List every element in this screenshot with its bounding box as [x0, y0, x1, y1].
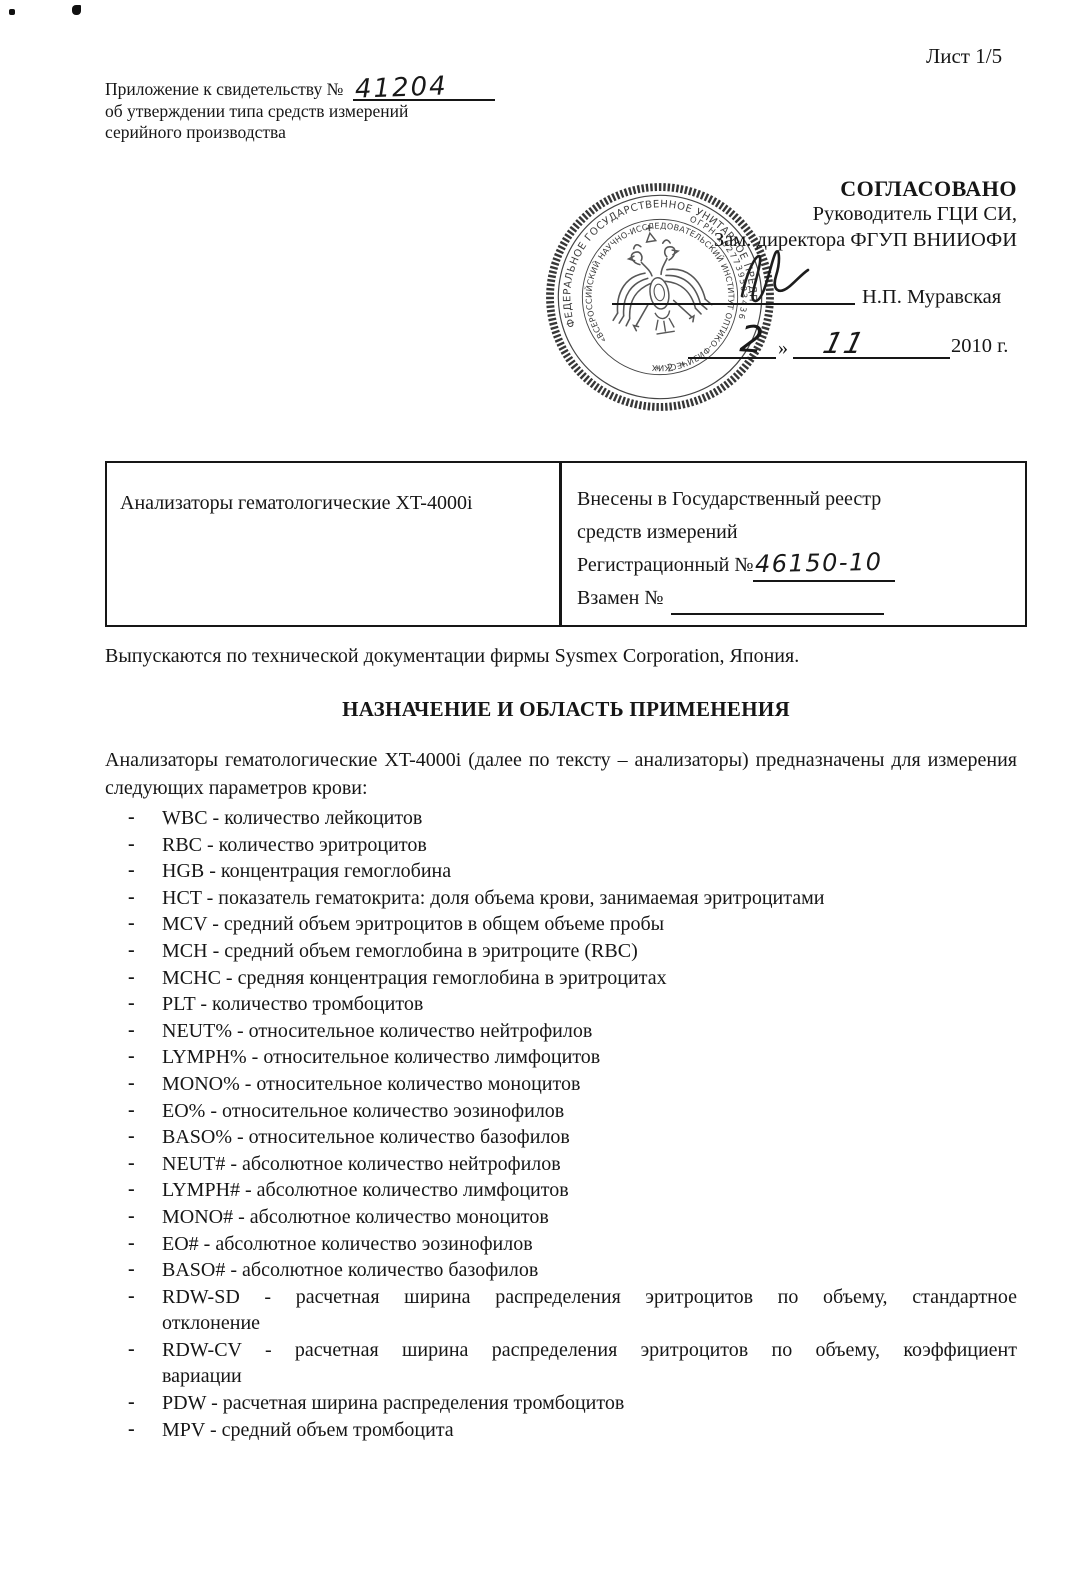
registry-info-cell: Внесены в Государственный реестр средств…	[577, 483, 1015, 615]
parameter-item: -RDW-SD - расчетная ширина распределения…	[105, 1284, 1017, 1337]
parameter-text: MCH - средний объем гемоглобина в эритро…	[162, 940, 638, 962]
appendix-line-1: Приложение к свидетельству № 41204	[105, 79, 535, 101]
list-dash-marker: -	[128, 964, 135, 991]
section-intro-paragraph: Анализаторы гематологические XT-4000i (д…	[105, 747, 1017, 802]
sheet-number: Лист 1/5	[926, 44, 1002, 69]
list-dash-marker: -	[128, 1123, 135, 1150]
signature-line	[612, 303, 855, 305]
list-dash-marker: -	[128, 1336, 135, 1363]
parameter-item: -MCV - средний объем эритроцитов в общем…	[105, 911, 1017, 938]
parameter-text: MONO% - относительное количество моноцит…	[162, 1073, 580, 1095]
signer-name: Н.П. Муравская	[862, 286, 1001, 309]
list-dash-marker: -	[128, 1283, 135, 1310]
date-day-handwritten: 2	[739, 317, 765, 362]
registry-line-1: Внесены в Государственный реестр	[577, 483, 1015, 516]
parameter-text: LYMPH% - относительное количество лимфоц…	[162, 1046, 600, 1068]
handwritten-signature-icon	[736, 244, 814, 306]
parameter-item: -MPV - средний объем тромбоцита	[105, 1417, 1017, 1444]
approval-title: СОГЛАСОВАНО	[560, 176, 1017, 202]
date-year: 2010 г.	[951, 335, 1008, 358]
parameter-item: -EO% - относительное количество эозинофи…	[105, 1098, 1017, 1125]
parameter-item: -MCH - средний объем гемоглобина в эритр…	[105, 938, 1017, 965]
scan-dot-artifact	[72, 5, 81, 15]
list-dash-marker: -	[128, 1070, 135, 1097]
list-dash-marker: -	[128, 1416, 135, 1443]
registration-number-field: 46150-10	[753, 555, 895, 582]
scan-dot-artifact	[9, 9, 15, 15]
parameter-text: HGB - концентрация гемоглобина	[162, 860, 451, 882]
parameter-item: -MONO# - абсолютное количество моноцитов	[105, 1204, 1017, 1231]
list-dash-marker: -	[128, 1256, 135, 1283]
approval-block: СОГЛАСОВАНО Руководитель ГЦИ СИ, Зам. ди…	[560, 176, 1017, 253]
list-dash-marker: -	[128, 910, 135, 937]
parameter-item: -MONO% - относительное количество моноци…	[105, 1071, 1017, 1098]
parameter-text: BASO# - абсолютное количество базофилов	[162, 1259, 538, 1281]
parameter-text: EO% - относительное количество эозинофил…	[162, 1100, 564, 1122]
parameter-item: -RBC - количество эритроцитов	[105, 832, 1017, 859]
parameter-text: RDW-SD - расчетная ширина распределения …	[162, 1286, 1017, 1335]
production-note: Выпускаются по технической документации …	[105, 645, 1027, 668]
parameter-text: HCT - показатель гематокрита: доля объем…	[162, 887, 824, 909]
parameter-item: -HCT - показатель гематокрита: доля объе…	[105, 885, 1017, 912]
parameter-item: -EO# - абсолютное количество эозинофилов	[105, 1231, 1017, 1258]
list-dash-marker: -	[128, 1097, 135, 1124]
appendix-line-3: серийного производства	[105, 122, 535, 144]
table-column-divider	[559, 463, 562, 625]
list-dash-marker: -	[128, 937, 135, 964]
parameter-item: -NEUT# - абсолютное количество нейтрофил…	[105, 1151, 1017, 1178]
parameter-text: MONO# - абсолютное количество моноцитов	[162, 1206, 549, 1228]
parameter-text: MCV - средний объем эритроцитов в общем …	[162, 913, 664, 935]
date-month-line	[793, 357, 950, 359]
list-dash-marker: -	[128, 1017, 135, 1044]
appendix-line-2: об утверждении типа средств измерений	[105, 101, 535, 123]
list-dash-marker: -	[128, 1230, 135, 1257]
replaces-line: Взамен №	[577, 582, 1015, 615]
scanned-certificate-page: Лист 1/5 Приложение к свидетельству № 41…	[0, 0, 1092, 1572]
registration-number-line: Регистрационный №46150-10	[577, 549, 1015, 582]
parameter-text: MPV - средний объем тромбоцита	[162, 1419, 454, 1441]
parameter-text: PLT - количество тромбоцитов	[162, 993, 423, 1015]
certificate-number-field: 41204	[353, 80, 495, 101]
parameter-item: -BASO% - относительное количество базофи…	[105, 1124, 1017, 1151]
parameter-text: NEUT# - абсолютное количество нейтрофило…	[162, 1153, 561, 1175]
parameter-item: -PDW - расчетная ширина распределения тр…	[105, 1390, 1017, 1417]
parameter-text: MCHC - средняя концентрация гемоглобина …	[162, 967, 667, 989]
parameter-text: EO# - абсолютное количество эозинофилов	[162, 1233, 533, 1255]
list-dash-marker: -	[128, 1150, 135, 1177]
replaces-prefix: Взамен №	[577, 587, 663, 609]
parameter-text: RDW-CV - расчетная ширина распределения …	[162, 1339, 1017, 1388]
list-dash-marker: -	[128, 831, 135, 858]
appendix-prefix: Приложение к свидетельству №	[105, 79, 343, 99]
list-dash-marker: -	[128, 804, 135, 831]
list-dash-marker: -	[128, 1176, 135, 1203]
parameter-text: BASO% - относительное количество базофил…	[162, 1126, 570, 1148]
registry-line-2: средств измерений	[577, 516, 1015, 549]
parameter-text: RBC - количество эритроцитов	[162, 834, 427, 856]
list-dash-marker: -	[128, 1203, 135, 1230]
list-dash-marker: -	[128, 990, 135, 1017]
parameter-item: -LYMPH% - относительное количество лимфо…	[105, 1044, 1017, 1071]
parameter-item: -LYMPH# - абсолютное количество лимфоцит…	[105, 1177, 1017, 1204]
registration-number-handwritten: 46150-10	[755, 546, 883, 581]
parameter-item: -WBC - количество лейкоцитов	[105, 805, 1017, 832]
certificate-number-handwritten: 41204	[354, 76, 447, 101]
list-dash-marker: -	[128, 1043, 135, 1070]
list-dash-marker: -	[128, 857, 135, 884]
parameter-text: NEUT% - относительное количество нейтроф…	[162, 1020, 592, 1042]
replaces-blank-field	[671, 593, 884, 615]
parameter-item: -HGB - концентрация гемоглобина	[105, 858, 1017, 885]
approval-position-line-2: Зам. директора ФГУП ВНИИОФИ	[560, 228, 1017, 254]
parameter-item: -RDW-CV - расчетная ширина распределения…	[105, 1337, 1017, 1390]
date-closing-quote: »	[778, 337, 788, 360]
date-day-line	[688, 357, 776, 359]
parameter-item: -PLT - количество тромбоцитов	[105, 991, 1017, 1018]
registry-table: Анализаторы гематологические XT-4000i Вн…	[105, 461, 1027, 627]
parameter-text: WBC - количество лейкоцитов	[162, 807, 422, 829]
approval-position-line-1: Руководитель ГЦИ СИ,	[560, 202, 1017, 228]
list-dash-marker: -	[128, 1389, 135, 1416]
parameter-text: PDW - расчетная ширина распределения тро…	[162, 1392, 624, 1414]
parameter-text: LYMPH# - абсолютное количество лимфоцито…	[162, 1179, 569, 1201]
parameter-item: -MCHC - средняя концентрация гемоглобина…	[105, 965, 1017, 992]
parameter-item: -NEUT% - относительное количество нейтро…	[105, 1018, 1017, 1045]
date-month-handwritten: 11	[820, 326, 869, 360]
appendix-header: Приложение к свидетельству № 41204 об ут…	[105, 79, 535, 144]
section-heading: НАЗНАЧЕНИЕ И ОБЛАСТЬ ПРИМЕНЕНИЯ	[105, 697, 1027, 722]
parameter-item: -BASO# - абсолютное количество базофилов	[105, 1257, 1017, 1284]
parameters-list: -WBC - количество лейкоцитов-RBC - колич…	[105, 805, 1017, 1443]
list-dash-marker: -	[128, 884, 135, 911]
registration-number-prefix: Регистрационный №	[577, 554, 753, 576]
instrument-name-cell: Анализаторы гематологические XT-4000i	[120, 492, 545, 515]
